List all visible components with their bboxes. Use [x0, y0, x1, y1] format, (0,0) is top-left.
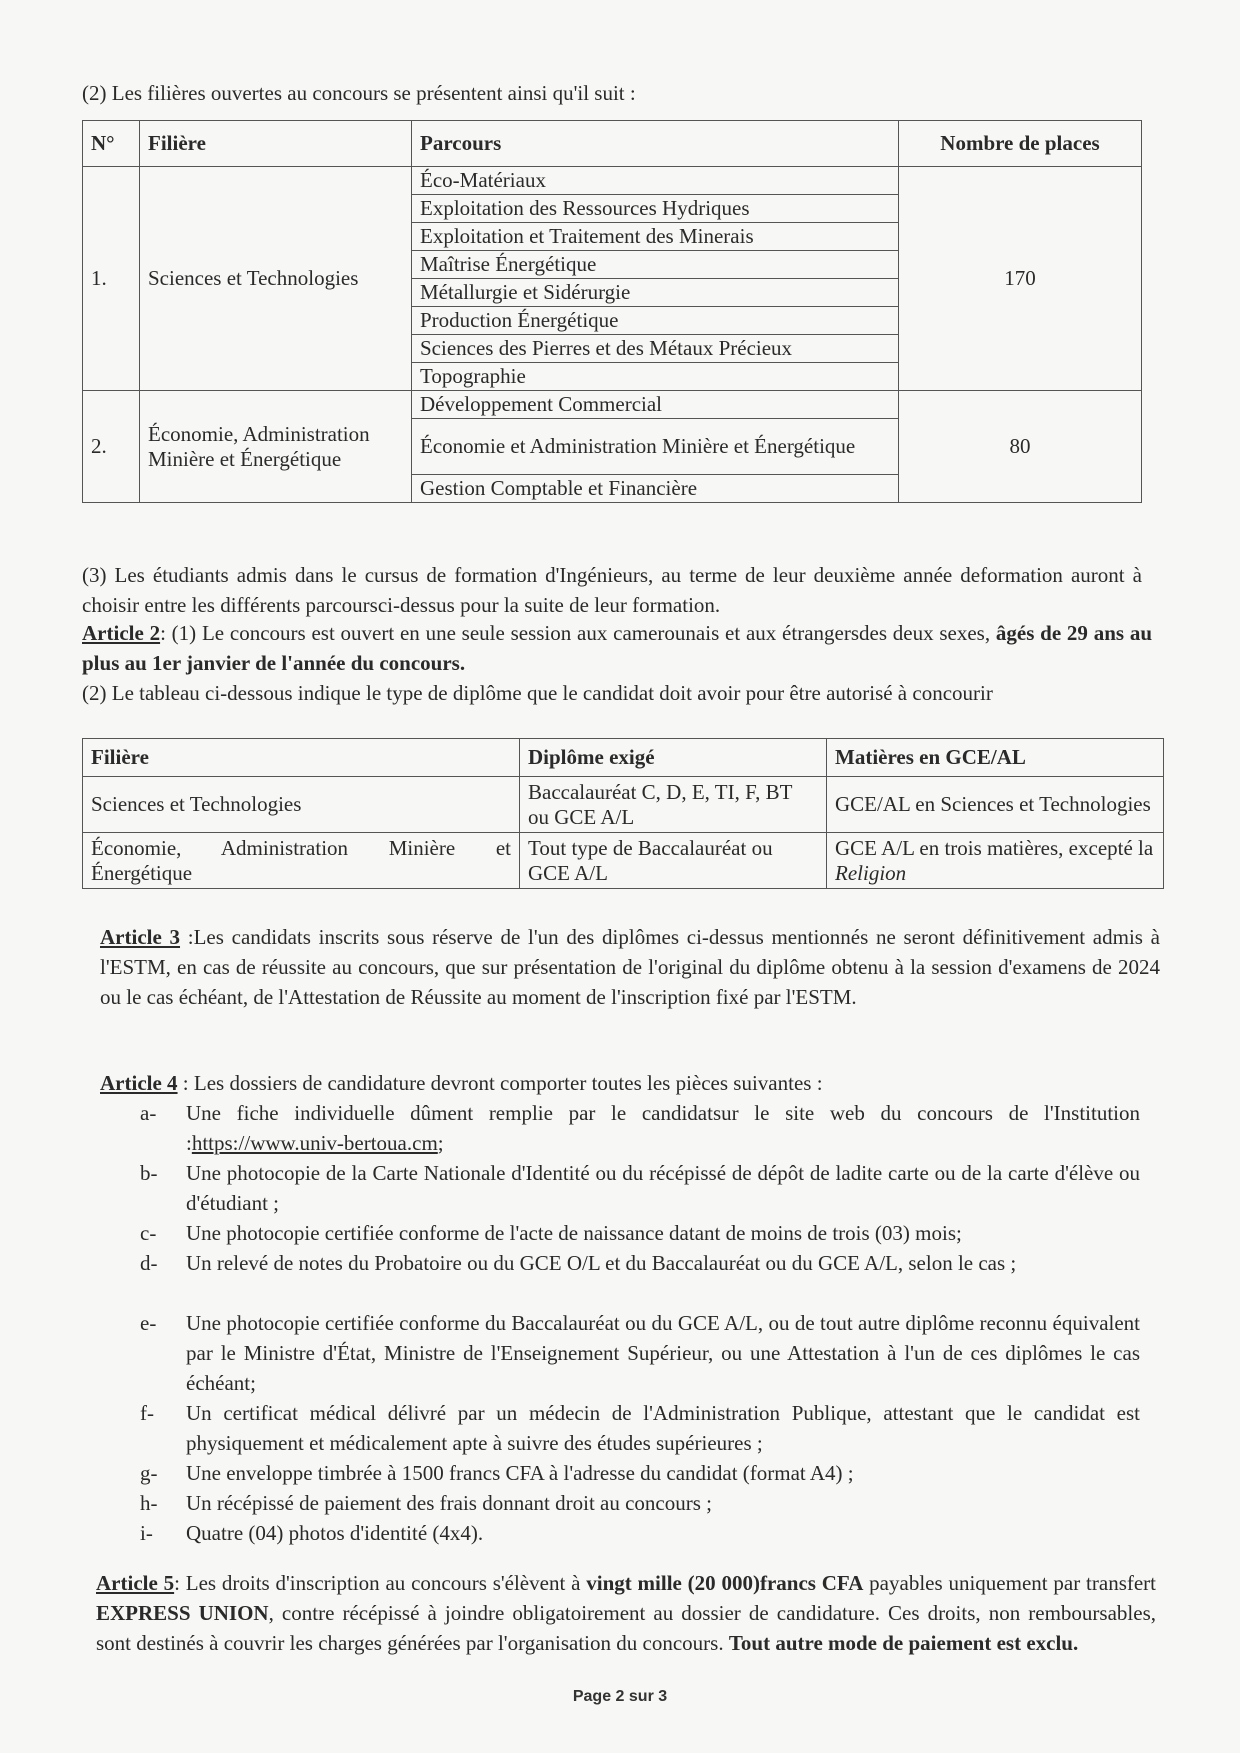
parcours-cell: Topographie: [412, 363, 899, 391]
group2-places: 80: [899, 391, 1142, 503]
parcours-cell: Exploitation et Traitement des Minerais: [412, 223, 899, 251]
parcours-cell: Production Énergétique: [412, 307, 899, 335]
col-header-filiere: Filière: [140, 121, 412, 167]
col-header-num: N°: [83, 121, 140, 167]
list-item-h: h- Un récépissé de paiement des frais do…: [140, 1488, 1140, 1518]
list-item-i: i- Quatre (04) photos d'identité (4x4).: [140, 1518, 1140, 1548]
parcours-cell: Éco-Matériaux: [412, 167, 899, 195]
parcours-cell: Métallurgie et Sidérurgie: [412, 279, 899, 307]
list-item-f: f- Un certificat médical délivré par un …: [140, 1398, 1140, 1458]
article-2-para-2: (2) Le tableau ci-dessous indique le typ…: [82, 681, 993, 705]
list-item-d: d- Un relevé de notes du Probatoire ou d…: [140, 1248, 1140, 1278]
col-header-places: Nombre de places: [899, 121, 1142, 167]
col-header-parcours: Parcours: [412, 121, 899, 167]
article-2: Article 2: (1) Le concours est ouvert en…: [82, 618, 1152, 708]
parcours-cell: Sciences des Pierres et des Métaux Préci…: [412, 335, 899, 363]
list-item-c: c- Une photocopie certifiée conforme de …: [140, 1218, 1140, 1248]
parcours-cell: Économie et Administration Minière et Én…: [412, 419, 899, 475]
list-item-b: b- Une photocopie de la Carte Nationale …: [140, 1158, 1140, 1218]
article-5: Article 5: Les droits d'inscription au c…: [96, 1568, 1156, 1658]
article-4-intro: Article 4 : Les dossiers de candidature …: [100, 1068, 1160, 1098]
group2-filiere: Économie, Administration Minière et Éner…: [140, 391, 412, 503]
parcours-cell: Exploitation des Ressources Hydriques: [412, 195, 899, 223]
group1-places: 170: [899, 167, 1142, 391]
list-item-g: g- Une enveloppe timbrée à 1500 francs C…: [140, 1458, 1140, 1488]
group1-num: 1.: [83, 167, 140, 391]
parcours-cell: Gestion Comptable et Financière: [412, 475, 899, 503]
site-link[interactable]: https://www.univ-bertoua.cm: [192, 1131, 438, 1155]
list-item-e: e- Une photocopie certifiée conforme du …: [140, 1308, 1140, 1398]
parcours-cell: Maîtrise Énergétique: [412, 251, 899, 279]
group2-num: 2.: [83, 391, 140, 503]
group1-filiere: Sciences et Technologies: [140, 167, 412, 391]
article-3: Article 3 :Les candidats inscrits sous r…: [100, 922, 1160, 1012]
note-3: (3) Les étudiants admis dans le cursus d…: [82, 560, 1142, 620]
page-number: Page 2 sur 3: [0, 1688, 1240, 1706]
document-page: (2) Les filières ouvertes au concours se…: [0, 0, 1240, 1753]
parcours-cell: Développement Commercial: [412, 391, 899, 419]
diplomes-table: Filière Diplôme exigé Matières en GCE/AL…: [82, 738, 1164, 889]
filieres-table: N° Filière Parcours Nombre de places 1. …: [82, 120, 1142, 503]
article-2-title: Article 2: [82, 621, 160, 645]
filieres-intro: (2) Les filières ouvertes au concours se…: [82, 78, 636, 108]
list-item-a: a- Une fiche individuelle dûment remplie…: [140, 1098, 1140, 1158]
